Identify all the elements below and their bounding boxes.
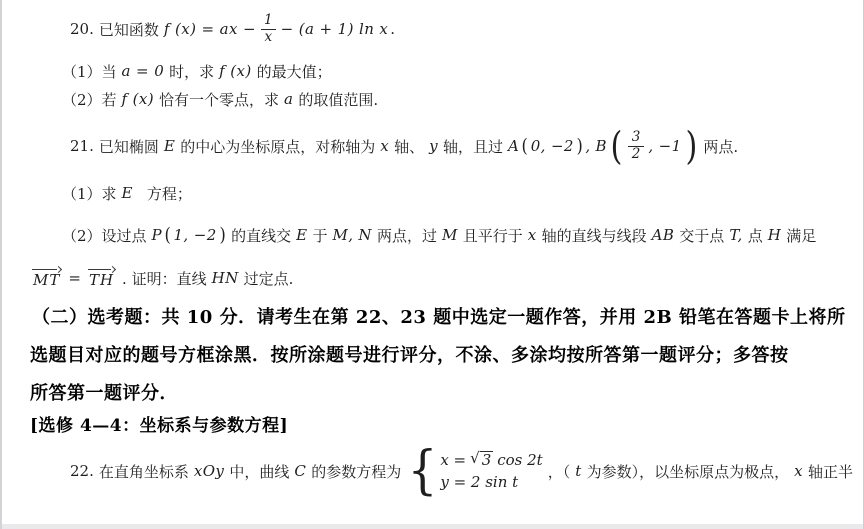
sqrt-3: √ 3: [470, 451, 493, 469]
vector-line-end: 过定点.: [244, 268, 294, 289]
math-E: E: [122, 184, 133, 202]
part1-math-a0: a = 0: [122, 62, 165, 80]
fraction-denominator: 2: [628, 146, 645, 163]
stem-text6: 轴正半: [808, 461, 853, 482]
math-x: x: [380, 137, 389, 155]
vector-TH: TH: [86, 267, 117, 289]
equations: x = √ 3 cos 2t y = 2 sin t: [440, 451, 542, 490]
radicand: 3: [480, 451, 494, 469]
question-21-stem: 21. 已知椭圆 E 的中心为坐标原点，对称轴为 x 轴、 y 轴，且过 A (…: [70, 120, 738, 172]
page-bottom-edge: [2, 524, 863, 529]
part1-text3: 的最大值；: [257, 61, 332, 82]
stem-text3: 轴、: [394, 136, 424, 157]
math-AB: AB: [652, 226, 675, 244]
instructions-text1: （二）选考题：共 10 分．请考生在第 22、23 题中选定一题作答，并用 2B…: [32, 303, 845, 329]
stem-text4: ，（: [548, 461, 571, 482]
fraction-1-over-x: 1 x: [260, 13, 277, 45]
math-C: C: [294, 462, 306, 480]
formula-period: .: [390, 20, 395, 38]
question-20-part2: （2）若 f (x) 恰有一个零点，求 a 的取值范围.: [62, 88, 378, 110]
elective-4-4-heading: [选修 4—4：坐标系与参数方程]: [30, 410, 288, 436]
part2-text: （2）若: [62, 89, 117, 110]
question-20-formula: f (x) = ax − 1 x − (a + 1) ln x .: [164, 13, 395, 45]
equation-x-rhs: cos 2t: [497, 451, 542, 469]
vector-MT: MT: [30, 267, 63, 289]
math-T: T,: [729, 226, 742, 244]
part2-math-a: a: [284, 90, 293, 108]
exam-paper-page: 20. 已知函数 f (x) = ax − 1 x − (a + 1) ln x…: [0, 0, 864, 529]
part2-text3: 的取值范围.: [298, 89, 378, 110]
part2-text2: 的直线交: [231, 225, 291, 246]
section-2-instructions-line1: （二）选考题：共 10 分．请考生在第 22、23 题中选定一题作答，并用 2B…: [32, 303, 845, 329]
math-xOy: xOy: [194, 462, 224, 480]
part1-text2: 时，求: [169, 61, 214, 82]
math-B: B: [595, 137, 606, 155]
part1-text2: 方程；: [147, 183, 192, 204]
part2-text2: 恰有一个零点，求: [159, 89, 279, 110]
fraction-denominator: x: [261, 29, 277, 46]
question-20-number: 20.: [70, 20, 94, 38]
big-right-paren: ): [685, 127, 697, 165]
math-H: H: [768, 226, 781, 244]
part2-text4: 两点，过: [377, 225, 437, 246]
equation-y: y = 2 sin t: [440, 473, 542, 491]
question-21-vector-line: MT = TH . 证明：直线 HN 过定点.: [30, 266, 293, 290]
stem-text1: 在直角坐标系: [99, 461, 189, 482]
left-brace: {: [408, 448, 438, 495]
section-2-instructions-line2: 选题目对应的题号方框涂黑．按所涂题号进行评分，不涂、多涂均按所答第一题评分；多答…: [30, 341, 789, 367]
part2-text7: 交于点: [679, 225, 724, 246]
part2-text8: 点: [748, 225, 763, 246]
right-paren: ): [219, 226, 225, 245]
point-P-coords: 1, −2: [173, 226, 216, 244]
question-20-stem: 20. 已知函数 f (x) = ax − 1 x − (a + 1) ln x…: [70, 8, 395, 50]
equation-y-text: y = 2 sin t: [440, 473, 518, 491]
question-21-part1: （1）求 E 方程；: [62, 182, 192, 204]
instructions-text3: 所答第一题评分．: [30, 379, 178, 405]
math-t: t: [575, 462, 581, 480]
math-E: E: [296, 226, 307, 244]
point-A: A ( 0, −2 ) ,: [508, 137, 590, 156]
left-paren: (: [165, 226, 171, 245]
fraction-numerator: 3: [628, 130, 645, 146]
fraction-3-over-2: 3 2: [628, 130, 645, 162]
part2-text9: 满足: [786, 225, 816, 246]
math-x: x: [794, 462, 803, 480]
stem-text3: 的参数方程为: [311, 461, 401, 482]
math-HN: HN: [212, 269, 239, 287]
formula-rhs: − (a + 1) ln x: [281, 20, 389, 38]
equation-x: x = √ 3 cos 2t: [440, 451, 542, 469]
right-paren: ): [576, 137, 582, 156]
parametric-equation-system: { x = √ 3 cos 2t y = 2 sin t: [406, 448, 542, 495]
stem-text5: 为参数），以坐标原点为极点，: [587, 461, 790, 482]
big-left-paren: (: [610, 127, 622, 165]
math-y: y: [429, 137, 438, 155]
point-B: B ( 3 2 , −1 ): [595, 127, 698, 165]
equation-x-lhs: x =: [440, 451, 466, 469]
formula-lhs: f (x) = ax −: [164, 20, 256, 38]
math-P: P: [152, 226, 163, 244]
vector-line-text: . 证明：直线: [122, 268, 207, 289]
question-21-number: 21.: [70, 137, 94, 155]
part1-text: （1）求: [62, 183, 117, 204]
math-x: x: [528, 226, 537, 244]
left-paren: (: [522, 137, 528, 156]
part1-text: （1）当: [62, 61, 117, 82]
stem-text4: 轴，且过: [443, 136, 503, 157]
question-20-part1: （1）当 a = 0 时，求 f (x) 的最大值；: [62, 60, 332, 82]
part2-text1: （2）设过点: [62, 225, 147, 246]
question-22-number: 22.: [70, 462, 94, 480]
part2-text3: 于: [312, 225, 327, 246]
part2-text5: 且平行于: [463, 225, 523, 246]
stem-text2: 的中心为坐标原点，对称轴为: [180, 136, 375, 157]
math-A: A: [508, 137, 519, 155]
math-E: E: [164, 137, 175, 155]
stem-text5: 两点.: [703, 136, 738, 157]
math-N: N: [358, 226, 372, 244]
math-M: M,: [332, 226, 353, 244]
part2-text6: 轴的直线与线段: [542, 225, 647, 246]
stem-text1: 已知椭圆: [99, 136, 159, 157]
stem-text2: 中，曲线: [229, 461, 289, 482]
part1-math-fx: f (x): [219, 62, 251, 80]
question-22-stem: 22. 在直角坐标系 xOy 中，曲线 C 的参数方程为 { x = √ 3 c…: [70, 442, 853, 500]
part2-math-fx: f (x): [122, 90, 154, 108]
fraction-numerator: 1: [260, 13, 277, 29]
instructions-text2: 选题目对应的题号方框涂黑．按所涂题号进行评分，不涂、多涂均按所答第一题评分；多答…: [30, 341, 789, 367]
section-2-instructions-line3: 所答第一题评分．: [30, 379, 178, 405]
elective-heading-text: [选修 4—4：坐标系与参数方程]: [30, 411, 288, 436]
point-B-ycoord: , −1: [648, 137, 681, 155]
equals-sign: =: [68, 269, 81, 287]
question-21-part2: （2）设过点 P ( 1, −2 ) 的直线交 E 于 M, N 两点，过 M …: [62, 222, 816, 248]
radical-sign: √: [470, 451, 480, 466]
question-20-intro: 已知函数: [99, 19, 159, 40]
point-A-coords: 0, −2: [531, 137, 574, 155]
math-M2: M: [442, 226, 458, 244]
point-P: P ( 1, −2 ): [152, 226, 227, 245]
comma: ,: [585, 137, 590, 155]
